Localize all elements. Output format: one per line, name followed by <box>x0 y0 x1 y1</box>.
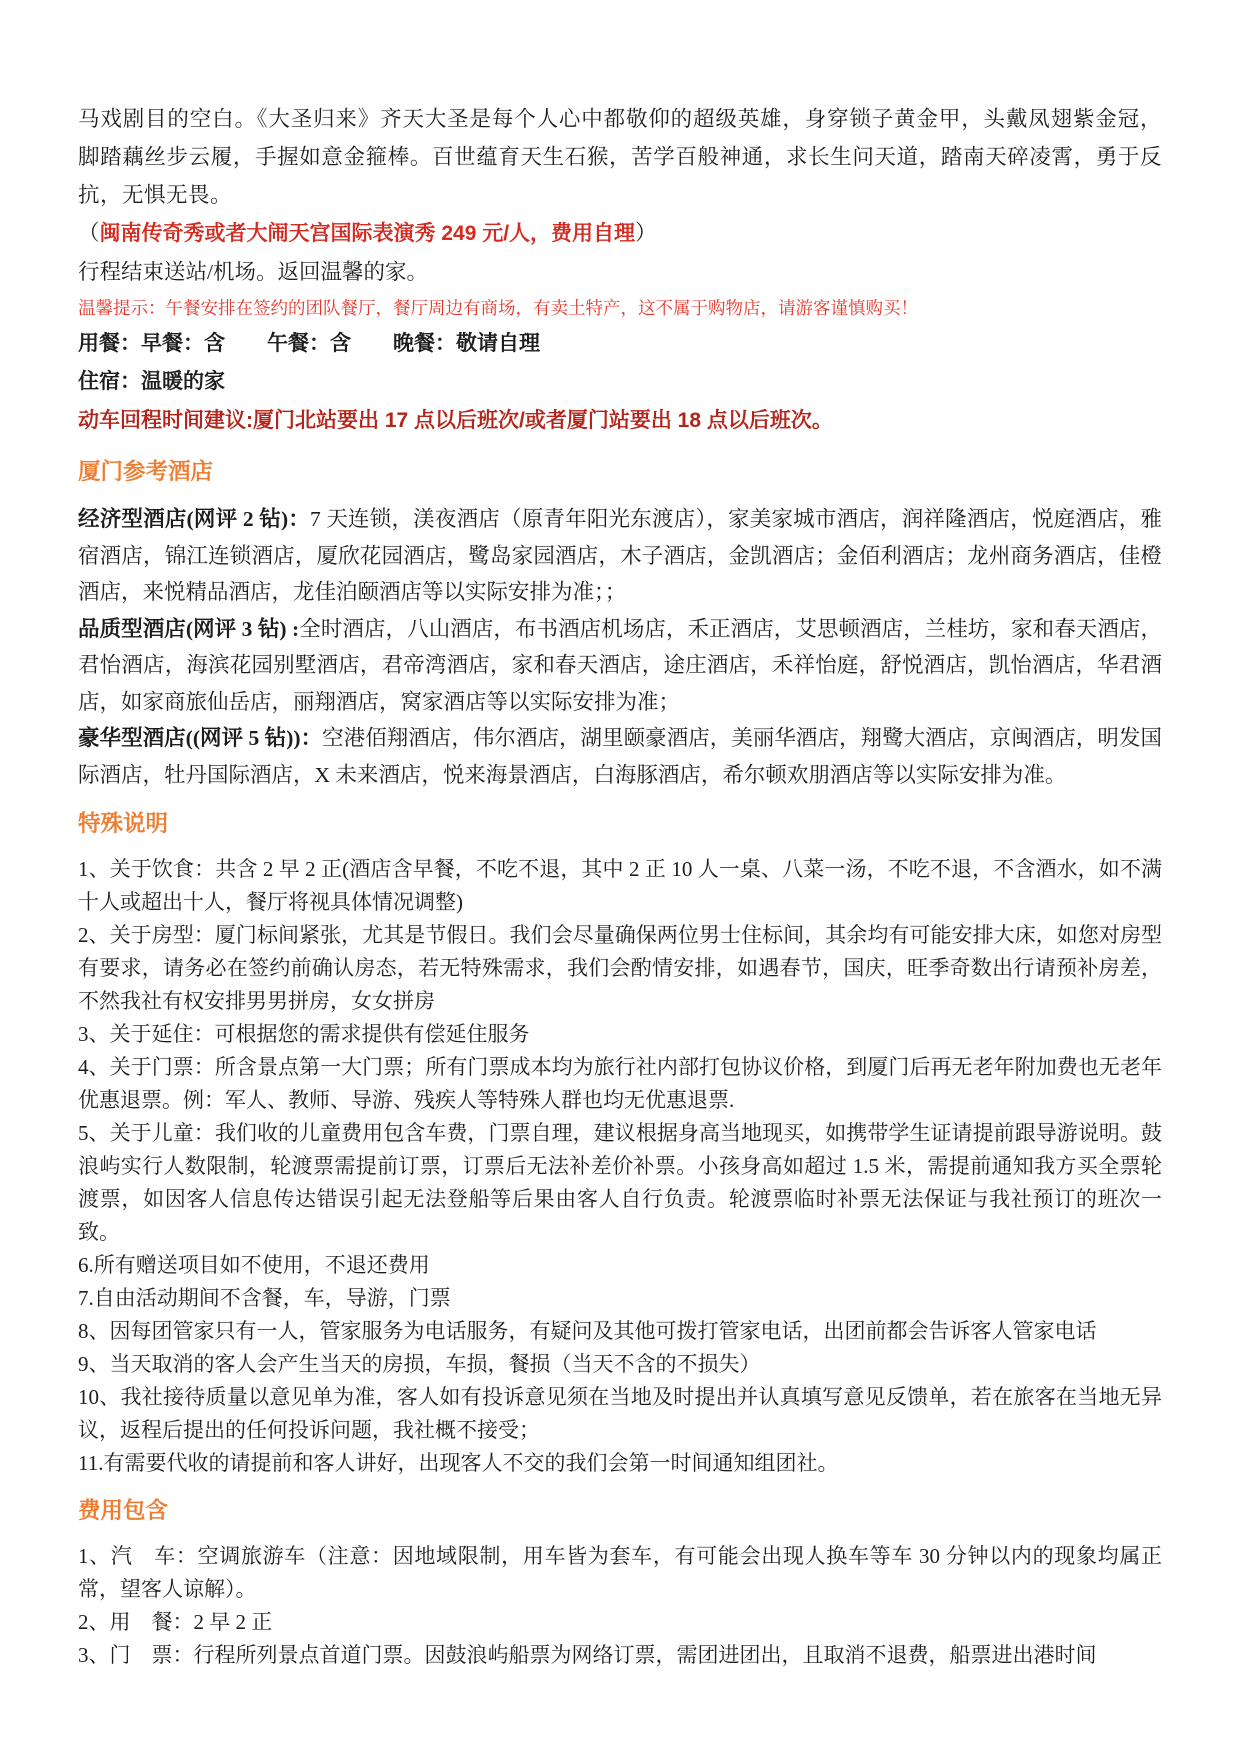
special-notes-items: 1、关于饮食：共含 2 早 2 正(酒店含早餐，不吃不退，其中 2 正 10 人… <box>78 853 1162 1480</box>
special-notes-section: 特殊说明 1、关于饮食：共含 2 早 2 正(酒店含早餐，不吃不退，其中 2 正… <box>78 809 1162 1480</box>
fees-included-section: 费用包含 1、汽 车：空调旅游车（注意：因地域限制，用车皆为套车，有可能会出现人… <box>78 1496 1162 1672</box>
special-item-collection: 11.有需要代收的请提前和客人讲好，出现客人不交的我们会第一时间通知组团社。 <box>78 1447 1162 1480</box>
transfer-line: 行程结束送站/机场。返回温馨的家。 <box>78 253 1162 291</box>
fee-item-tickets: 3、门 票：行程所列景点首道门票。因鼓浪屿船票为网络订票，需团进团出，且取消不退… <box>78 1639 1162 1672</box>
special-item-gifts: 6.所有赠送项目如不使用，不退还费用 <box>78 1249 1162 1282</box>
warm-tip-line: 温馨提示：午餐安排在签约的团队餐厅，餐厅周边有商场，有卖土特产，这不属于购物店，… <box>78 291 1162 325</box>
open-paren: （ <box>78 221 100 245</box>
hotels-section-header: 厦门参考酒店 <box>78 457 1162 487</box>
special-item-free-time: 7.自由活动期间不含餐，车，导游，门票 <box>78 1282 1162 1315</box>
luxury-hotels-paragraph: 豪华型酒店((网评 5 钻))：空港佰翔酒店，伟尔酒店，湖里颐豪酒店，美丽华酒店… <box>78 720 1162 793</box>
special-item-tickets: 4、关于门票：所含景点第一大门票；所有门票成本均为旅行社内部打包协议价格，到厦门… <box>78 1051 1162 1117</box>
hotels-section: 厦门参考酒店 经济型酒店(网评 2 钻)：7 天连锁，渼夜酒店（原青年阳光东渡店… <box>78 457 1162 793</box>
train-return-advice: 动车回程时间建议:厦门北站要出 17 点以后班次/或者厦门站要出 18 点以后班… <box>78 401 1162 441</box>
lodging-line: 住宿：温暖的家 <box>78 363 1162 401</box>
meals-lunch: 午餐：含 <box>267 332 351 355</box>
circus-intro-paragraph: 马戏剧目的空白。《大圣归来》齐天大圣是每个人心中都敬仰的超级英雄，身穿锁子黄金甲… <box>78 100 1162 214</box>
fee-item-meals: 2、用 餐：2 早 2 正 <box>78 1606 1162 1639</box>
luxury-hotels-label: 豪华型酒店((网评 5 钻))： <box>78 726 322 750</box>
special-item-cancellation: 9、当天取消的客人会产生当天的房损，车损，餐损（当天不含的不损失） <box>78 1348 1162 1381</box>
special-notes-header: 特殊说明 <box>78 809 1162 839</box>
document-page: 马戏剧目的空白。《大圣归来》齐天大圣是每个人心中都敬仰的超级英雄，身穿锁子黄金甲… <box>0 0 1236 1747</box>
economy-hotels-paragraph: 经济型酒店(网评 2 钻)：7 天连锁，渼夜酒店（原青年阳光东渡店），家美家城市… <box>78 501 1162 611</box>
quality-hotels-paragraph: 品质型酒店(网评 3 钻) :全时酒店，八山酒店，布书酒店机场店，禾正酒店，艾思… <box>78 611 1162 721</box>
meals-dinner: 晚餐：敬请自理 <box>393 332 540 355</box>
fees-included-header: 费用包含 <box>78 1496 1162 1526</box>
special-item-children: 5、关于儿童：我们收的儿童费用包含车费，门票自理，建议根据身高当地现买，如携带学… <box>78 1117 1162 1249</box>
meals-breakfast: 用餐：早餐：含 <box>78 332 225 355</box>
quality-hotels-label: 品质型酒店(网评 3 钻) : <box>78 617 299 641</box>
special-item-butler: 8、因每团管家只有一人，管家服务为电话服务，有疑问及其他可拨打管家电话，出团前都… <box>78 1315 1162 1348</box>
meals-line: 用餐：早餐：含午餐：含晚餐：敬请自理 <box>78 325 1162 363</box>
itinerary-top-block: 马戏剧目的空白。《大圣归来》齐天大圣是每个人心中都敬仰的超级英雄，身穿锁子黄金甲… <box>78 100 1162 441</box>
special-item-rooms: 2、关于房型：厦门标间紧张，尤其是节假日。我们会尽量确保两位男士住标间，其余均有… <box>78 919 1162 1018</box>
show-price-text: 闽南传奇秀或者大闹天宫国际表演秀 249 元/人，费用自理 <box>100 222 636 245</box>
fees-included-items: 1、汽 车：空调旅游车（注意：因地域限制，用车皆为套车，有可能会出现人换车等车 … <box>78 1540 1162 1672</box>
fee-item-bus: 1、汽 车：空调旅游车（注意：因地域限制，用车皆为套车，有可能会出现人换车等车 … <box>78 1540 1162 1606</box>
close-paren: ） <box>635 221 657 245</box>
special-item-complaints: 10、我社接待质量以意见单为准，客人如有投诉意见须在当地及时提出并认真填写意见反… <box>78 1381 1162 1447</box>
special-item-dining: 1、关于饮食：共含 2 早 2 正(酒店含早餐，不吃不退，其中 2 正 10 人… <box>78 853 1162 919</box>
show-price-note: （闽南传奇秀或者大闹天宫国际表演秀 249 元/人，费用自理） <box>78 214 1162 253</box>
economy-hotels-label: 经济型酒店(网评 2 钻)： <box>78 507 310 531</box>
special-item-extension: 3、关于延住：可根据您的需求提供有偿延住服务 <box>78 1018 1162 1051</box>
